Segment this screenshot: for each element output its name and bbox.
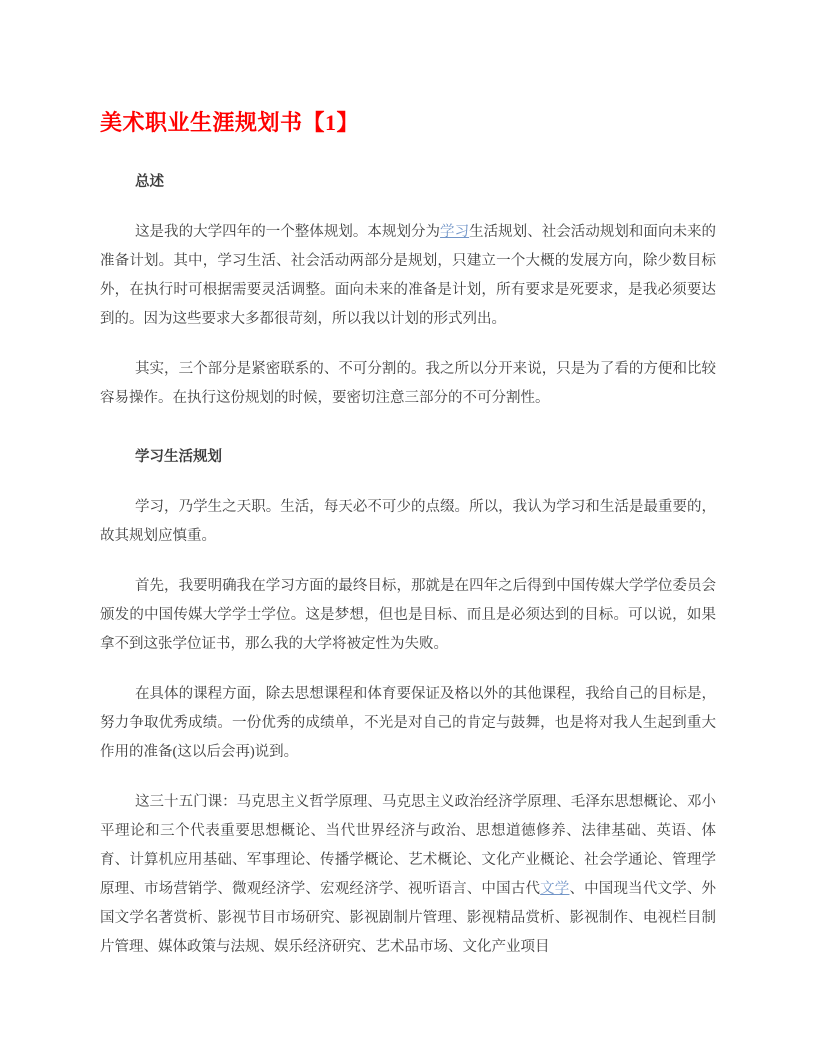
text-run: 首先，我要明确我在学习方面的最终目标，那就是在四年之后得到中国传媒大学学位委员会… <box>100 578 716 652</box>
document-body: 总述这是我的大学四年的一个整体规划。本规划分为学习生活规划、社会活动规划和面向未… <box>100 168 716 962</box>
text-run: 在具体的课程方面，除去思想课程和体育要保证及格以外的其他课程，我给自己的目标是，… <box>100 686 716 760</box>
section-heading: 学习生活规划 <box>100 443 716 472</box>
document-page: 美术职业生涯规划书【1】 总述这是我的大学四年的一个整体规划。本规划分为学习生活… <box>0 0 816 1056</box>
paragraph: 学习，乃学生之天职。生活，每天必不可少的点缀。所以，我认为学习和生活是最重要的，… <box>100 493 716 551</box>
document-title: 美术职业生涯规划书【1】 <box>100 108 716 138</box>
text-run: 其实，三个部分是紧密联系的、不可分割的。我之所以分开来说，只是为了看的方便和比较… <box>100 361 716 406</box>
inline-link[interactable]: 学习 <box>440 224 469 240</box>
inline-link[interactable]: 文学 <box>540 881 569 897</box>
paragraph: 首先，我要明确我在学习方面的最终目标，那就是在四年之后得到中国传媒大学学位委员会… <box>100 572 716 659</box>
text-run: 这是我的大学四年的一个整体规划。本规划分为 <box>135 224 440 240</box>
text-run: 学习，乃学生之天职。生活，每天必不可少的点缀。所以，我认为学习和生活是最重要的，… <box>100 499 716 544</box>
paragraph: 这是我的大学四年的一个整体规划。本规划分为学习生活规划、社会活动规划和面向未来的… <box>100 218 716 334</box>
section-heading: 总述 <box>100 168 716 197</box>
paragraph: 在具体的课程方面，除去思想课程和体育要保证及格以外的其他课程，我给自己的目标是，… <box>100 680 716 767</box>
paragraph: 这三十五门课：马克思主义哲学原理、马克思主义政治经济学原理、毛泽东思想概论、邓小… <box>100 788 716 962</box>
paragraph: 其实，三个部分是紧密联系的、不可分割的。我之所以分开来说，只是为了看的方便和比较… <box>100 355 716 413</box>
